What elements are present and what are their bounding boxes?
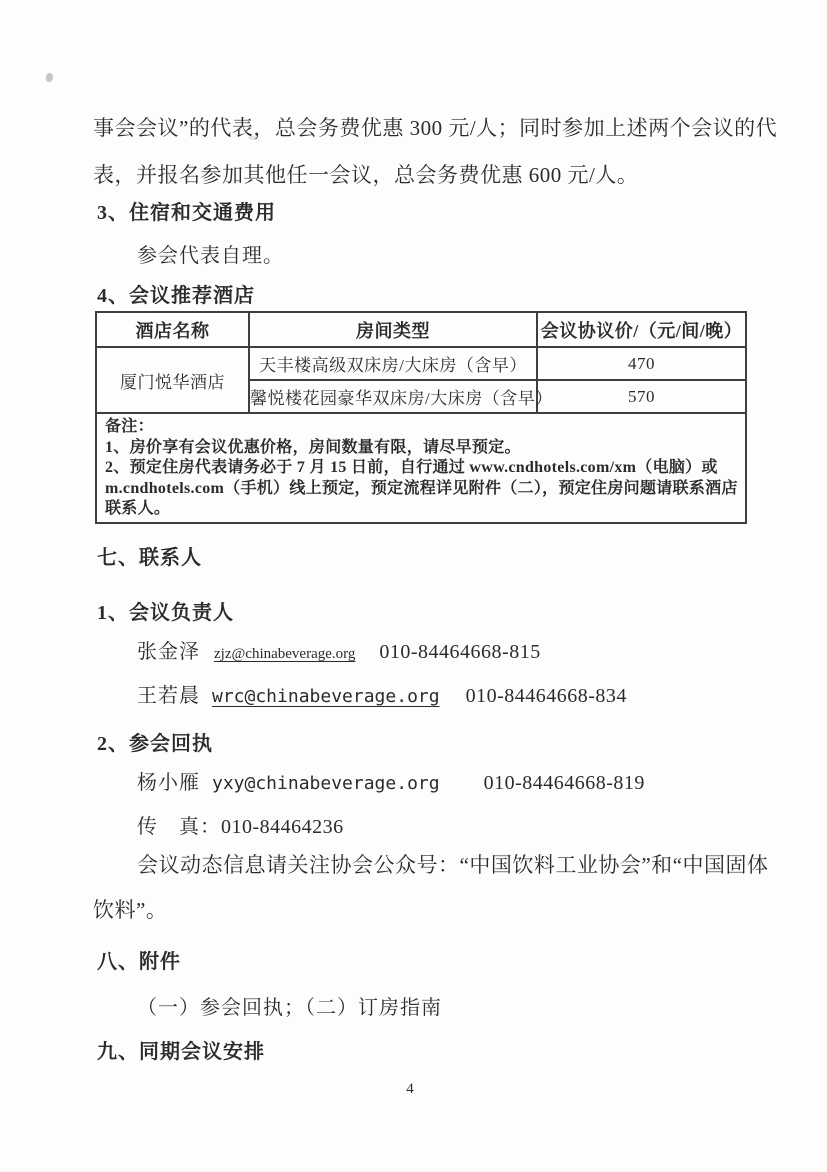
contact-email: wrc@chinabeverage.org (212, 686, 440, 707)
wechat-notice-line-1: 会议动态信息请关注协会公众号：“中国饮料工业协会”和“中国固体 (137, 849, 768, 879)
contact-phone: 010-84464668-834 (466, 685, 627, 707)
notes-line-2: 2、预定住房代表请务必于 7 月 15 日前，自行通过 www.cndhotel… (105, 458, 737, 479)
col-header-room-type: 房间类型 (249, 312, 537, 347)
notes-line-4: 联系人。 (105, 499, 737, 520)
notes-line-3: m.cndhotels.com（手机）线上预定，预定流程详见附件（二），预定住房… (105, 479, 737, 500)
room-type-cell: 天丰楼高级双床房/大床房（含早） (249, 347, 537, 380)
wechat-notice-line-2: 饮料”。 (93, 894, 167, 924)
scanned-document-page: 事会会议”的代表，总会务费优惠 300 元/人；同时参加上述两个会议的代 表，并… (0, 0, 827, 1172)
price-cell: 570 (537, 380, 746, 413)
section-7-heading: 七、联系人 (97, 541, 202, 570)
table-notes-row: 备注： 1、房价享有会议优惠价格，房间数量有限，请尽早预定。 2、预定住房代表请… (96, 413, 746, 523)
section-7-sub-2-heading: 2、参会回执 (97, 727, 213, 756)
col-header-price: 会议协议价/（元/间/晚） (537, 312, 746, 347)
contact-name: 张金泽 (137, 641, 200, 663)
contact-email: yxy@chinabeverage.org (212, 773, 440, 794)
fax-line: 传 真：010-84464236 (137, 810, 344, 839)
col-header-hotel-name: 酒店名称 (96, 312, 249, 347)
section-9-heading: 九、同期会议安排 (97, 1035, 265, 1064)
contact-row: 王若晨wrc@chinabeverage.org010-84464668-834 (137, 679, 627, 708)
fax-number: 010-84464236 (221, 816, 344, 838)
section-8-body: （一）参会回执；（二）订房指南 (137, 991, 442, 1020)
scan-artifact-speck (45, 72, 55, 83)
section-7-sub-1-heading: 1、会议负责人 (97, 596, 234, 625)
contact-row: 杨小雁yxy@chinabeverage.org010-84464668-819 (137, 766, 645, 795)
table-row: 厦门悦华酒店 天丰楼高级双床房/大床房（含早） 470 (96, 347, 746, 380)
contact-row: 张金泽zjz@chinabeverage.org010-84464668-815 (137, 635, 541, 664)
contact-name: 王若晨 (137, 685, 200, 707)
section-3-body: 参会代表自理。 (137, 239, 284, 268)
notes-label: 备注： (105, 417, 737, 438)
section-4-heading: 4、会议推荐酒店 (97, 279, 255, 308)
contact-name: 杨小雁 (137, 772, 200, 794)
section-3-heading: 3、住宿和交通费用 (97, 196, 276, 225)
intro-paragraph-line-1: 事会会议”的代表，总会务费优惠 300 元/人；同时参加上述两个会议的代 (93, 112, 777, 142)
section-8-heading: 八、附件 (97, 945, 181, 974)
hotel-price-table: 酒店名称 房间类型 会议协议价/（元/间/晚） 厦门悦华酒店 天丰楼高级双床房/… (95, 311, 747, 524)
hotel-name-cell: 厦门悦华酒店 (96, 347, 249, 413)
notes-line-1: 1、房价享有会议优惠价格，房间数量有限，请尽早预定。 (105, 438, 737, 459)
room-type-cell: 馨悦楼花园豪华双床房/大床房（含早） (249, 380, 537, 413)
page-number: 4 (0, 1081, 820, 1098)
contact-phone: 010-84464668-815 (379, 641, 540, 663)
intro-paragraph-line-2: 表，并报名参加其他任一会议，总会务费优惠 600 元/人。 (93, 159, 638, 189)
table-header-row: 酒店名称 房间类型 会议协议价/（元/间/晚） (96, 312, 746, 347)
contact-email: zjz@chinabeverage.org (214, 646, 355, 662)
contact-phone: 010-84464668-819 (484, 772, 645, 794)
fax-label: 传 真： (137, 816, 221, 838)
notes-cell: 备注： 1、房价享有会议优惠价格，房间数量有限，请尽早预定。 2、预定住房代表请… (96, 413, 746, 523)
price-cell: 470 (537, 347, 746, 380)
